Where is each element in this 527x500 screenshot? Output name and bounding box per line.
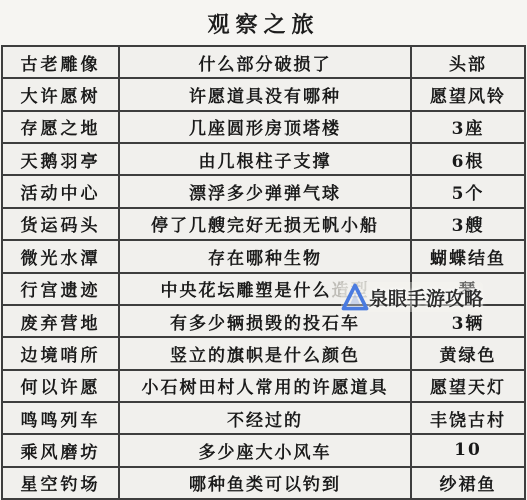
answer-cell: 纱裙鱼	[412, 468, 524, 498]
place-cell: 星空钓场	[3, 468, 118, 498]
observation-table: 古老雕像什么部分破损了头部大许愿树许愿道具没有哪种愿望风铃存愿之地几座圆形房顶塔…	[1, 45, 526, 500]
answer-cell: 愿望风铃	[412, 79, 524, 109]
place-cell: 活动中心	[3, 176, 118, 206]
answer-cell: 3座	[412, 112, 524, 142]
question-cell: 几座圆形房顶塔楼	[120, 112, 410, 142]
place-cell: 古老雕像	[3, 47, 118, 77]
place-cell: 乘风磨坊	[3, 435, 118, 465]
question-cell: 多少座大小风车	[120, 435, 410, 465]
question-cell: 存在哪种生物	[120, 241, 410, 271]
place-cell: 何以许愿	[3, 371, 118, 401]
answer-cell: 10	[412, 435, 524, 465]
answer-cell: 琴	[412, 274, 524, 304]
place-cell: 鸣鸣列车	[3, 403, 118, 433]
answer-cell: 3辆	[412, 306, 524, 336]
page-title: 观察之旅	[0, 8, 527, 42]
place-cell: 废弃营地	[3, 306, 118, 336]
answer-cell: 黄绿色	[412, 338, 524, 368]
question-cell: 什么部分破损了	[120, 47, 410, 77]
place-cell: 大许愿树	[3, 79, 118, 109]
question-cell: 竖立的旗帜是什么颜色	[120, 338, 410, 368]
answer-cell: 蝴蝶结鱼	[412, 241, 524, 271]
place-cell: 行宫遗迹	[3, 274, 118, 304]
answer-cell: 头部	[412, 47, 524, 77]
question-cell: 不经过的	[120, 403, 410, 433]
answer-cell: 愿望天灯	[412, 371, 524, 401]
guide-page: 观察之旅 古老雕像什么部分破损了头部大许愿树许愿道具没有哪种愿望风铃存愿之地几座…	[0, 0, 527, 500]
answer-cell: 3艘	[412, 209, 524, 239]
question-cell: 有多少辆损毁的投石车	[120, 306, 410, 336]
place-cell: 存愿之地	[3, 112, 118, 142]
question-cell: 停了几艘完好无损无帆小船	[120, 209, 410, 239]
place-cell: 边境哨所	[3, 338, 118, 368]
question-cell: 漂浮多少弹弹气球	[120, 176, 410, 206]
place-cell: 货运码头	[3, 209, 118, 239]
question-cell: 中央花坛雕塑是什么造型	[120, 274, 410, 304]
answer-cell: 丰饶古村	[412, 403, 524, 433]
question-cell: 由几根柱子支撑	[120, 144, 410, 174]
place-cell: 微光水潭	[3, 241, 118, 271]
answer-cell: 5个	[412, 176, 524, 206]
question-cell: 许愿道具没有哪种	[120, 79, 410, 109]
answer-cell: 6根	[412, 144, 524, 174]
question-cell: 哪种鱼类可以钓到	[120, 468, 410, 498]
question-cell: 小石树田村人常用的许愿道具	[120, 371, 410, 401]
faded-question-text: 造型	[332, 276, 370, 301]
place-cell: 天鹅羽亭	[3, 144, 118, 174]
